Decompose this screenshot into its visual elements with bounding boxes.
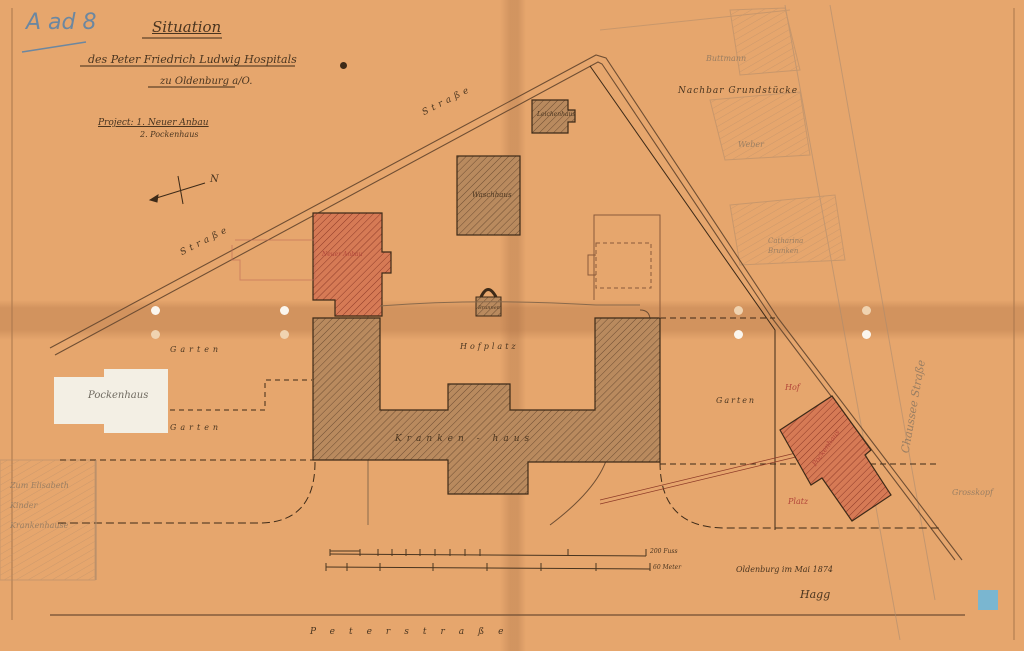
- label-garten-left: Garten: [170, 345, 222, 354]
- map-title: Situation: [152, 18, 221, 36]
- label-platz: Platz: [788, 497, 808, 506]
- site-plan-drawing: [0, 0, 1024, 651]
- label-buttmann: Buttmann: [706, 54, 746, 63]
- label-garten-right: Garten: [716, 396, 756, 405]
- project-line-2: 2. Pockenhaus: [140, 130, 198, 139]
- street-label-bottom: Peterstraße: [310, 627, 517, 637]
- label-neuer-anbau: Neuer Anbau: [322, 251, 362, 258]
- label-elisabeth: Zum Elisabeth Kinder Krankenhause: [10, 476, 92, 536]
- label-weber: Weber: [738, 140, 764, 149]
- north-label: N: [210, 174, 219, 185]
- label-hof: Hof: [785, 383, 800, 392]
- label-waschhaus: Waschhaus: [472, 191, 512, 199]
- punch-hole: [734, 306, 743, 315]
- map-city: zu Oldenburg a/O.: [160, 76, 252, 87]
- punch-hole: [280, 306, 289, 315]
- punch-hole: [280, 330, 289, 339]
- label-garten-left-lower: Garten: [170, 423, 222, 432]
- label-hofplatz: Hofplatz: [460, 342, 519, 351]
- scale-bar-meters: [326, 563, 650, 571]
- label-brunnen: Brunnen: [478, 305, 500, 311]
- neighbor-plots: [0, 5, 935, 640]
- neuer-anbau-building: [313, 213, 391, 316]
- label-catharina: Catharina Brunken: [768, 236, 828, 256]
- scale-bar-feet: [330, 549, 646, 556]
- punch-hole: [151, 306, 160, 315]
- scale-feet-unit: 200 Fuss: [650, 548, 678, 555]
- site-plan-sheet: Pockenhaus A ad 8 Situation des Peter Fr…: [0, 0, 1024, 651]
- punch-hole: [862, 330, 871, 339]
- project-line-1: Project: 1. Neuer Anbau: [98, 118, 209, 128]
- ink-dot: [340, 62, 347, 69]
- pasted-note-text: Pockenhaus: [88, 390, 148, 401]
- north-arrow: [150, 176, 205, 204]
- catalog-mark: A ad 8: [26, 10, 96, 35]
- color-reference-square: [978, 590, 998, 610]
- label-leichenhaus: Leichenhaus: [537, 111, 575, 118]
- map-subtitle: des Peter Friedrich Ludwig Hospitals: [88, 53, 297, 66]
- label-krankenhaus: Kranken - haus: [395, 434, 534, 444]
- signature-signer: Hagg: [800, 588, 830, 601]
- signature-place-date: Oldenburg im Mai 1874: [736, 565, 833, 574]
- punch-hole: [151, 330, 160, 339]
- label-grosskopf: Grosskopf: [952, 488, 993, 497]
- punch-hole: [734, 330, 743, 339]
- scale-meters-unit: 60 Meter: [653, 564, 681, 571]
- label-nachbar: Nachbar Grundstücke: [678, 86, 798, 96]
- pasted-note-right: [104, 369, 168, 433]
- punch-hole: [862, 306, 871, 315]
